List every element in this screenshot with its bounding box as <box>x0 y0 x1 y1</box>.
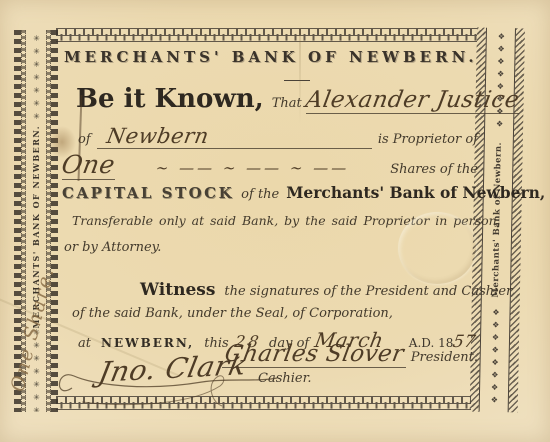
transfer-clause-line2: or by Attorney. <box>64 240 161 255</box>
be-it-known-label: Be it Known, <box>76 86 264 112</box>
asterisk-ornament: ✳✳✳✳✳✳✳ <box>32 34 40 125</box>
diamond-ornament: ❖❖❖❖❖❖❖❖ <box>495 32 505 132</box>
stock-certificate: { "palette": { "paper": "#ecd9ae", "ink"… <box>0 0 550 442</box>
ink-stain <box>48 126 76 158</box>
holder-name-handwriting: Alexander Justice <box>303 87 521 113</box>
witness-label: Witness <box>140 280 215 300</box>
pen-dashes: ~ —— ~ —— ~ —— <box>113 159 391 177</box>
city-line: of Newbern is Proprietor of <box>78 124 478 149</box>
cashier-title-label: Cashier. <box>258 371 312 386</box>
title-divider <box>284 80 310 81</box>
witness-text: the signatures of the President and Cash… <box>224 284 512 299</box>
capital-stock-label: CAPITAL STOCK <box>62 184 234 202</box>
proprietor-label: is Proprietor of <box>378 132 478 147</box>
bank-name-blackletter: Merchants' Bank of Newbern, <box>286 183 545 202</box>
holder-city-handwriting: Newbern <box>105 124 211 148</box>
paper-crease <box>299 28 301 124</box>
of-the-label: of the <box>241 187 279 202</box>
greek-key-border-top <box>56 28 477 42</box>
shares-line: One ~ —— ~ —— ~ —— Shares of the <box>62 150 478 180</box>
embossed-seal <box>398 212 476 284</box>
known-line: Be it Known, That Alexander Justice <box>76 86 478 114</box>
president-title-label: President. <box>411 350 478 365</box>
that-label: That <box>272 96 302 111</box>
certificate-title: MERCHANTS' BANK OF NEWBERN. <box>64 48 456 66</box>
diamond-ornament: ❖❖❖❖❖❖❖❖ <box>490 308 500 408</box>
shares-of-the-label: Shares of the <box>390 162 478 177</box>
witness-line2: of the said Bank, under the Seal, of Cor… <box>72 306 393 321</box>
capital-stock-line: CAPITAL STOCK of the Merchants' Bank of … <box>62 183 478 202</box>
